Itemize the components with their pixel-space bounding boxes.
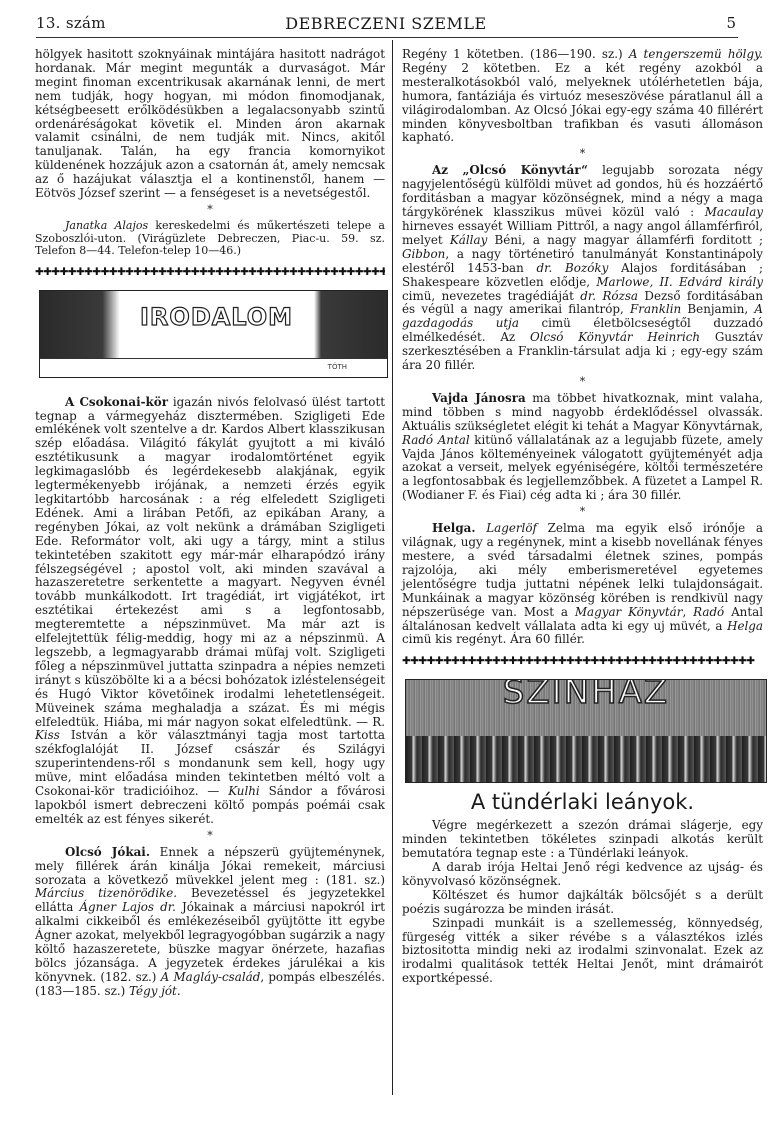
newspaper-page: 13. szám DEBRECZENI SZEMLE 5 hölgyek has… [0, 0, 769, 1125]
play-paragraph: A darab irója Heltai Jenő régi kedvence … [402, 861, 763, 889]
article-olcso-jokai: Olcsó Jókai. Ennek a népszerü gyüjtemény… [35, 846, 385, 999]
page-header: 13. szám DEBRECZENI SZEMLE 5 [36, 12, 736, 36]
header-rule [36, 37, 738, 38]
intro-paragraph: hölgyek hasitott szoknyáinak mintájára h… [35, 48, 385, 201]
article-lead: A Csokonai-kör [65, 395, 168, 409]
separator-star: * [35, 203, 385, 217]
right-column: Regény 1 kötetben. (186—190. sz.) A teng… [402, 48, 763, 986]
play-paragraph: Szinpadi munkáit is a szellemesség, könn… [402, 917, 763, 987]
article-helga: Helga. Lagerlöf Zelma ma egyik első irón… [402, 522, 763, 647]
article-lead: Az „Olcsó Könyvtár“ [432, 163, 588, 177]
banner-title: SZINHÁZ [406, 686, 766, 700]
play-title: A tündérlaki leányok. [402, 789, 763, 815]
article-lead: Helga. [432, 521, 475, 535]
separator-star: * [402, 505, 763, 519]
article-lead: Vajda Jánosra [432, 391, 526, 405]
article-olcso-konyvtar: Az „Olcsó Könyvtár“ legujabb sorozata né… [402, 164, 763, 373]
page-number: 5 [726, 14, 736, 32]
article-lead: Olcsó Jókai. [65, 845, 150, 859]
irodalom-banner-image: IRODALOM TÓTH [39, 290, 388, 378]
banner-audience [406, 736, 766, 782]
banner-title: IRODALOM [140, 311, 293, 325]
separator-star: * [402, 147, 763, 161]
banner-signature: TÓTH [328, 361, 347, 375]
advert-name: Janatka Alajos [65, 219, 148, 232]
left-column: hölgyek hasitott szoknyáinak mintájára h… [35, 48, 385, 999]
play-paragraph: Költészet és humor dajkálták bölcsőjét s… [402, 889, 763, 917]
ornament-rule: ✚✚✚✚✚✚✚✚✚✚✚✚✚✚✚✚✚✚✚✚✚✚✚✚✚✚✚✚✚✚✚✚✚✚✚✚✚✚✚✚… [402, 655, 763, 669]
separator-star: * [35, 829, 385, 843]
advert-paragraph: Janatka Alajos kereskedelmi és műkertész… [35, 220, 385, 258]
separator-star: * [402, 375, 763, 389]
column-divider [392, 40, 393, 1095]
szinhaz-banner-image: SZINHÁZ [405, 679, 767, 783]
play-paragraph: Végre megérkezett a szezón drámai sláger… [402, 819, 763, 861]
masthead: DEBRECZENI SZEMLE [36, 14, 736, 33]
article-vajda: Vajda Jánosra ma többet hivatkoznak, min… [402, 392, 763, 503]
article-olcso-jokai-continued: Regény 1 kötetben. (186—190. sz.) A teng… [402, 48, 763, 145]
article-csokonai: A Csokonai-kör igazán nivós felolvasó ül… [35, 396, 385, 827]
ornament-rule: ✚✚✚✚✚✚✚✚✚✚✚✚✚✚✚✚✚✚✚✚✚✚✚✚✚✚✚✚✚✚✚✚✚✚✚✚✚✚✚✚… [35, 266, 385, 280]
